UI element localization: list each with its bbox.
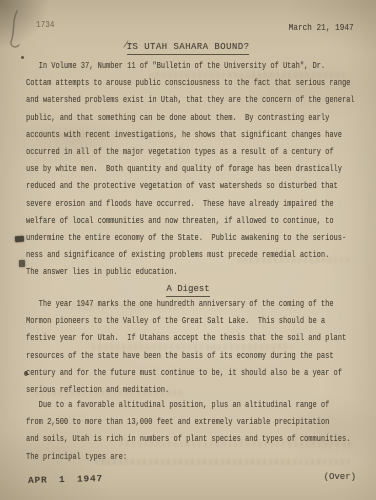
text-line: ness and significance of existing proble… <box>26 247 369 264</box>
text-line: undermine the entire economy of the Stat… <box>26 230 369 247</box>
text-line: and soils, Utah is rich in numbers of pl… <box>26 431 369 448</box>
text-line: Cottam attempts to arouse public conscio… <box>26 75 369 92</box>
text-line: festive year for Utah. If Utahans accept… <box>26 330 369 347</box>
paragraph-1: In Volume 37, Number 11 of "Bulletin of … <box>26 58 369 281</box>
text-line: use by white men. Both quantity and qual… <box>26 161 369 178</box>
text-line: public, and that something can be done a… <box>26 110 369 127</box>
text-line: century and for the future must continue… <box>26 365 369 382</box>
text-line: welfare of local communities and now thr… <box>26 213 369 230</box>
staple-mark <box>19 260 25 267</box>
text-line: reduced and the protective vegetation of… <box>26 178 369 195</box>
text-line: The principal types are: <box>26 449 369 466</box>
text-line: The year 1947 marks the one hundredth an… <box>26 296 369 313</box>
paper-speck <box>21 56 24 59</box>
text-line: Mormon pioneers to the Valley of the Gre… <box>26 313 369 330</box>
title-row: IS UTAH SAHARA BOUND? <box>0 38 376 56</box>
text-line: Due to a favorable altitudinal position,… <box>26 397 369 414</box>
paragraph-3: Due to a favorable altitudinal position,… <box>26 397 369 466</box>
text-line: severe erosion and floods have occurred.… <box>26 196 369 213</box>
text-line: accounts with recent investigations, he … <box>26 127 369 144</box>
text-line: resources of the state have been the bas… <box>26 348 369 365</box>
paper-speck <box>24 371 28 376</box>
text-line: The answer lies in public education. <box>26 264 369 281</box>
document-date: March 21, 1947 <box>289 20 354 37</box>
text-line: from 2,500 to more than 13,000 feet and … <box>26 414 369 431</box>
over-note: (Over) <box>324 469 356 486</box>
received-date-stamp: APR 1 1947 <box>28 473 103 486</box>
document-page: 1734 March 21, 1947 IS UTAH SAHARA BOUND… <box>0 0 376 500</box>
page-number: 1734 <box>36 20 54 30</box>
text-line: occurred in all of the major vegetation … <box>26 144 369 161</box>
text-line: and watershed problems exist in Utah, th… <box>26 92 369 109</box>
page-title: IS UTAH SAHARA BOUND? <box>127 42 250 55</box>
paragraph-2: The year 1947 marks the one hundredth an… <box>26 296 369 399</box>
staple-mark <box>15 236 24 243</box>
text-line: In Volume 37, Number 11 of "Bulletin of … <box>26 58 369 75</box>
